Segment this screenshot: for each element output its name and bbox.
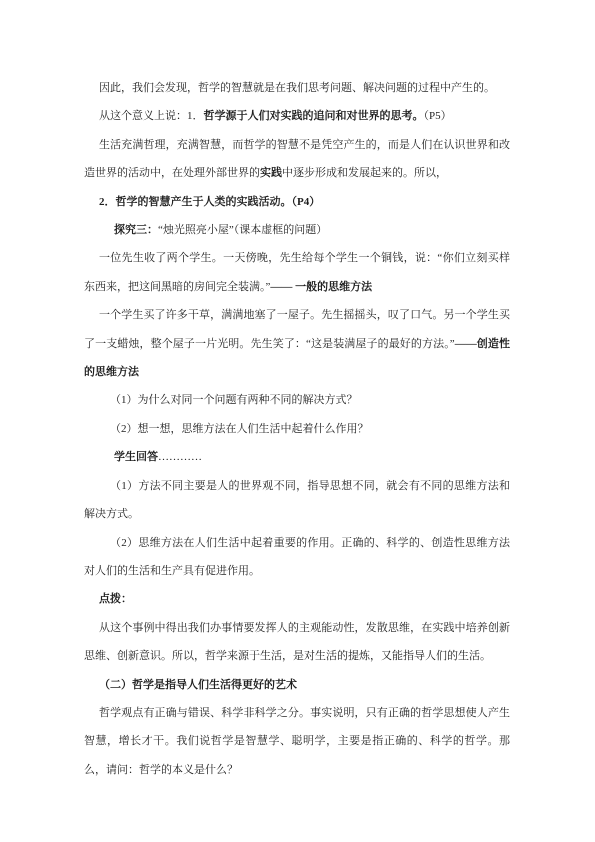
paragraph: 学生回答………… [84, 443, 510, 471]
text-run: 学生回答 [114, 451, 158, 463]
document-page: 因此，我们会发现，哲学的智慧就是在我们思考问题、解决问题的过程中产生的。从这个意… [0, 0, 595, 842]
paragraph: 一位先生收了两个学生。一天傍晚，先生给每个学生一个铜钱，说：“你们立刻买样东西来… [84, 244, 510, 301]
paragraph: 因此，我们会发现，哲学的智慧就是在我们思考问题、解决问题的过程中产生的。 [84, 74, 510, 102]
text-run: （2）想一想，思维方法在人们生活中起着什么作用？ [110, 423, 369, 435]
paragraph: 生活充满哲理，充满智慧，而哲学的智慧不是凭空产生的，而是人们在认识世界和改造世界… [84, 131, 510, 188]
text-run: 探究三： [114, 224, 158, 236]
text-run: 从这个事例中得出我们办事情要发挥人的主观能动性，发散思维，在实践中培养创新思维、… [84, 622, 510, 662]
text-run: 点拨： [99, 593, 132, 605]
document-body: 因此，我们会发现，哲学的智慧就是在我们思考问题、解决问题的过程中产生的。从这个意… [84, 74, 510, 784]
text-run: —— 一般的思维方法 [270, 281, 372, 293]
text-run: 实践 [260, 167, 282, 179]
text-run: （P5） [424, 110, 452, 122]
paragraph: 哲学观点有正确与错误、科学非科学之分。事实说明，只有正确的哲学思想使人产生智慧，… [84, 699, 510, 784]
text-run: 因此，我们会发现，哲学的智慧就是在我们思考问题、解决问题的过程中产生的。 [99, 82, 495, 94]
text-run: ………… [158, 451, 202, 463]
paragraph: 点拨： [84, 585, 510, 613]
paragraph: （2）想一想，思维方法在人们生活中起着什么作用？ [84, 415, 510, 443]
text-run: （二）哲学是指导人们生活得更好的艺术 [99, 679, 297, 691]
paragraph: 2．哲学的智慧产生于人类的实践活动。（P4） [84, 188, 510, 216]
text-run: 从这个意义上说：1． [99, 110, 204, 122]
text-run: 哲学观点有正确与错误、科学非科学之分。事实说明，只有正确的哲学思想使人产生智慧，… [84, 707, 510, 776]
text-run: 哲学源于人们对实践的追问和对世界的思考。 [204, 110, 424, 122]
text-run: （2）思维方法在人们生活中起着重要的作用。正确的、科学的、创造性思维方法对人们的… [84, 537, 510, 577]
text-run: 2．哲学的智慧产生于人类的实践活动。（P4） [99, 196, 320, 208]
paragraph: （2）思维方法在人们生活中起着重要的作用。正确的、科学的、创造性思维方法对人们的… [84, 529, 510, 586]
text-run: 中逐步形成和发展起来的。所以， [282, 167, 447, 179]
text-run: （1）为什么对同一个问题有两种不同的解决方式？ [110, 394, 358, 406]
paragraph: （二）哲学是指导人们生活得更好的艺术 [84, 671, 510, 699]
text-run: “烛光照亮小屋”（课本虚框的问题） [158, 224, 327, 236]
text-run: （1）方法不同主要是人的世界观不同，指导思想不同，就会有不同的思维方法和解决方式… [84, 480, 510, 520]
paragraph: 探究三：“烛光照亮小屋”（课本虚框的问题） [84, 216, 510, 244]
paragraph: 一个学生买了许多干草，满满地塞了一屋子。先生摇摇头，叹了口气。另一个学生买了一支… [84, 301, 510, 386]
text-run: 一个学生买了许多干草，满满地塞了一屋子。先生摇摇头，叹了口气。另一个学生买了一支… [84, 309, 510, 349]
paragraph: （1）方法不同主要是人的世界观不同，指导思想不同，就会有不同的思维方法和解决方式… [84, 472, 510, 529]
paragraph: 从这个事例中得出我们办事情要发挥人的主观能动性，发散思维，在实践中培养创新思维、… [84, 614, 510, 671]
paragraph: （1）为什么对同一个问题有两种不同的解决方式？ [84, 386, 510, 414]
paragraph: 从这个意义上说：1．哲学源于人们对实践的追问和对世界的思考。（P5） [84, 102, 510, 130]
